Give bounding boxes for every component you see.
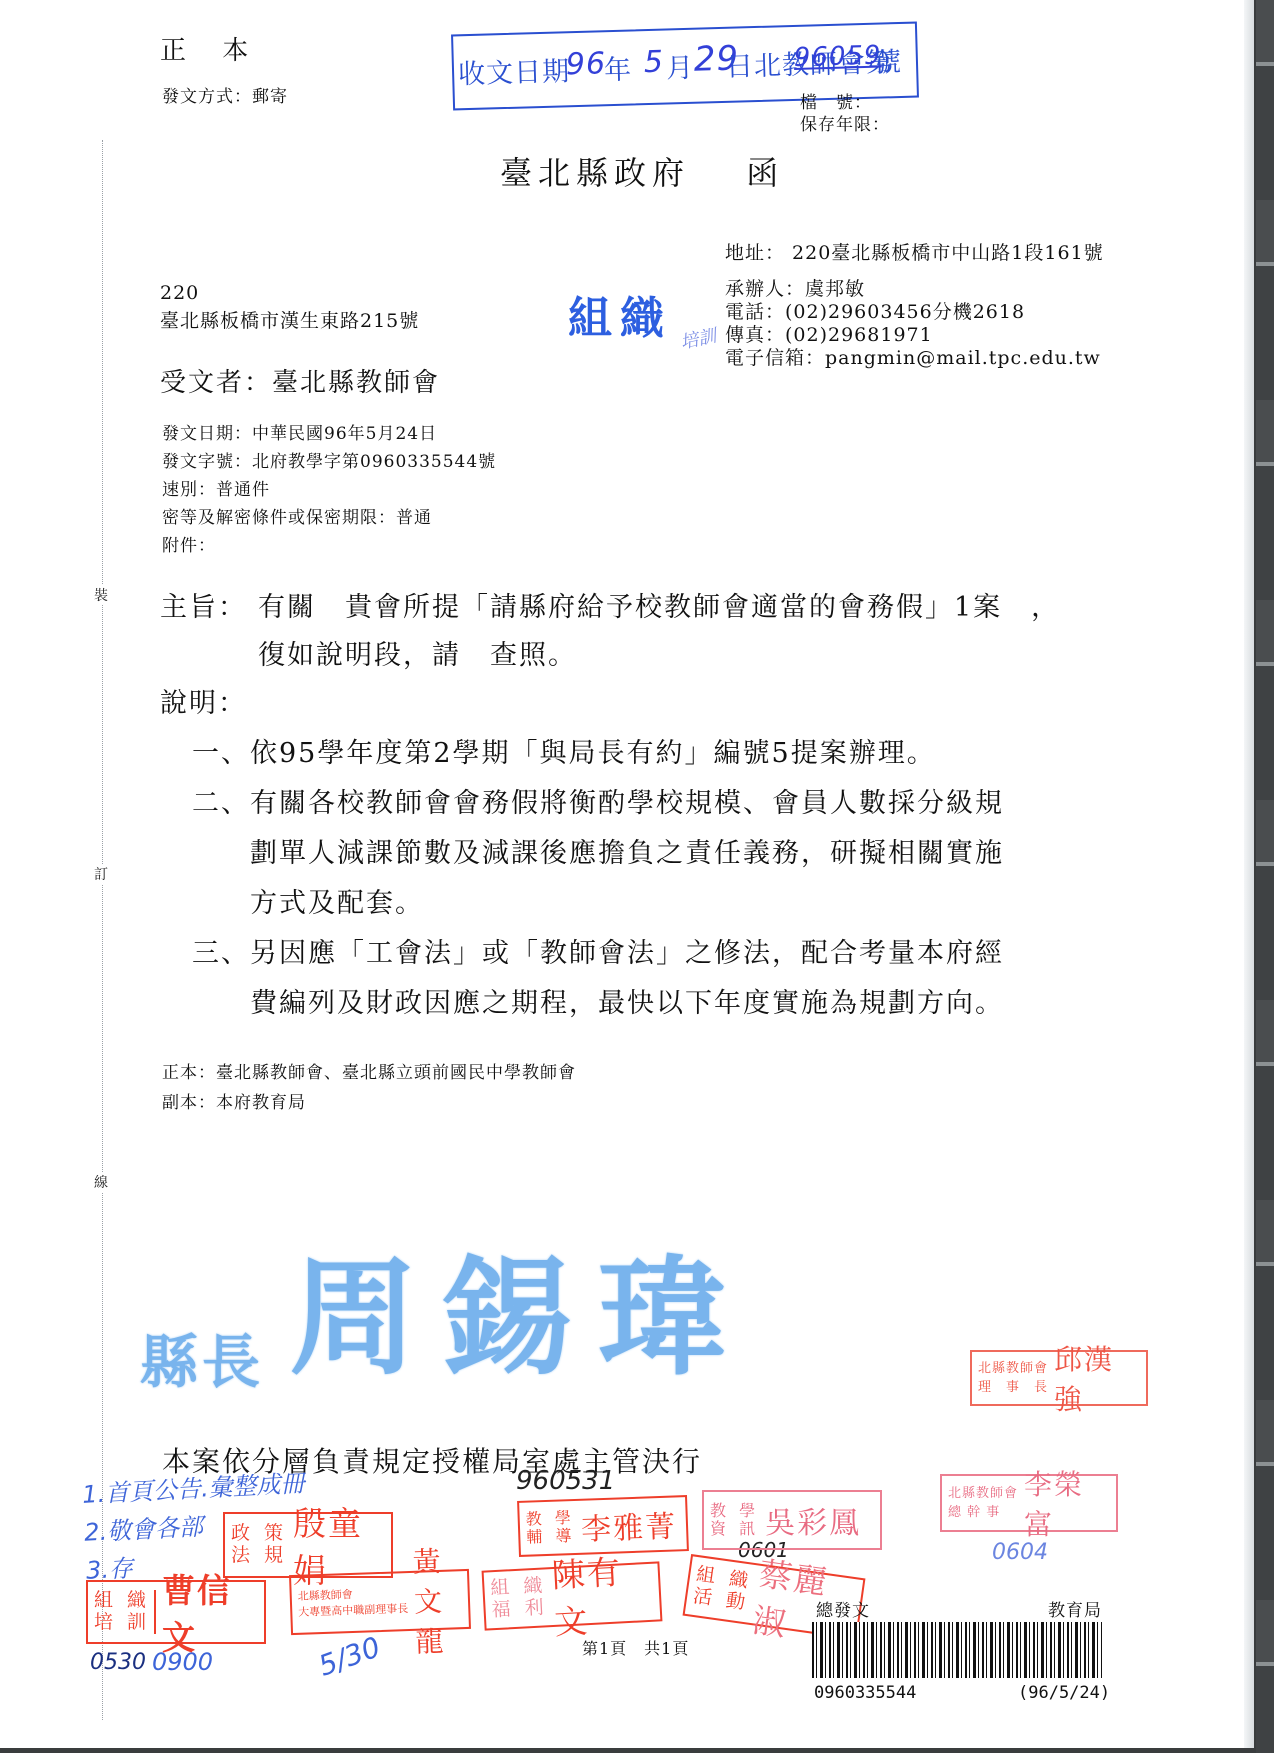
document-title: 臺北縣政府 函: [500, 148, 784, 194]
scanner-background: [1256, 0, 1274, 1753]
copy-distribution: 副本：本府教育局: [162, 1088, 306, 1113]
subject-line-1: 有關 貴會所提「請縣府給予校教師會適當的會務假」1案 ，: [258, 594, 1060, 621]
receive-month: 5: [643, 45, 664, 81]
stamp-teaching-info: 教 學 資 訊 吳彩鳳: [702, 1490, 882, 1550]
retention-period-label: 保存年限：: [800, 110, 890, 135]
explanation-item-3-num: 三、: [192, 940, 250, 967]
explanation-item-2-num: 二、: [192, 790, 250, 817]
delivery-speed: 速別：普通件: [162, 476, 496, 504]
recipient-line: 受文者：臺北縣教師會: [160, 362, 440, 399]
sender-address: 地址： 220臺北縣板橋市中山路1段161號: [725, 238, 1104, 265]
copy-type-label: 正 本: [160, 30, 262, 67]
document-meta: 發文日期：中華民國96年5月24日 發文字號：北府教學字第0960335544號…: [162, 420, 496, 560]
handwritten-date-960531: 960531: [516, 1466, 615, 1496]
security-level: 密等及解密條件或保密期限：普通: [162, 504, 496, 532]
stamp-org-training-role: 組 織 培 訓: [94, 1590, 156, 1634]
seal-title: 縣長: [140, 1328, 264, 1396]
explanation-item-2-line-2: 劃單人減課節數及減課後應擔負之責任義務，研擬相關實施: [250, 840, 1004, 867]
receive-month-suffix: 月: [665, 46, 694, 86]
stamp-higher-ed-role: 北縣教師會 大專暨高中職副理事長: [297, 1585, 408, 1622]
explanation-item-1-line-1: 依95學年度第2學期「與局長有約」編號5提案辦理。: [250, 740, 936, 767]
training-handwritten-note: 培訓: [678, 322, 719, 355]
document-barcode: [812, 1622, 1102, 1678]
stamp-higher-ed-name: 黃文龍: [412, 1539, 464, 1661]
seal-name: 周錫瑋: [290, 1243, 752, 1393]
handwritten-time-0530: 0530: [90, 1650, 146, 1675]
document-page: 正 本 發文方式：郵寄 收文日期 96 年 5 月 29 日北教師會第 9605…: [0, 0, 1252, 1748]
binding-mark-zhuang: 裝: [94, 585, 108, 605]
org-handwritten-stamp: 組織: [568, 282, 672, 346]
stamp-org-welfare-role: 組 織 福 利: [490, 1575, 548, 1622]
stamp-policy-law-role: 政 策 法 規: [231, 1523, 287, 1567]
barcode-right-label: 教育局: [1048, 1596, 1102, 1621]
original-distribution: 正本：臺北縣教師會、臺北縣立頭前國民中學教師會: [162, 1058, 576, 1083]
stamp-org-welfare: 組 織 福 利 陳有文: [482, 1561, 663, 1630]
send-method: 發文方式：郵寄: [162, 82, 288, 107]
stamp-org-training-name: 曹信文: [162, 1565, 258, 1659]
receive-number: 96059: [793, 41, 882, 73]
stamp-teaching-guidance-name: 李雅菁: [580, 1501, 677, 1548]
barcode-left-label: 總發文: [816, 1596, 870, 1621]
stamp-chairman-name: 邱漢強: [1054, 1338, 1140, 1418]
barcode-number: 0960335544: [814, 1683, 916, 1703]
page-edge-shadow: [1244, 0, 1254, 1748]
phone-number: 電話：(02)29603456分機2618: [725, 301, 1101, 324]
stamp-teaching-info-role: 教 學 資 訊: [710, 1502, 759, 1539]
receive-number-suffix: 號: [873, 40, 902, 80]
stamp-higher-ed-vice-chair: 北縣教師會 大專暨高中職副理事長 黃文龍: [289, 1569, 471, 1635]
page-indicator: 第1頁 共1頁: [582, 1636, 689, 1659]
stamp-org-welfare-name: 陳有文: [551, 1545, 656, 1644]
explanation-item-3-line-1: 另因應「工會法」或「教師會法」之修法，配合考量本府經: [250, 940, 1004, 967]
explanation-item-3-line-2: 費編列及財政因應之期程，最快以下年度實施為規劃方向。: [250, 990, 1004, 1017]
agency-name: 臺北縣政府: [500, 154, 690, 192]
handwritten-date-530: 5/30: [314, 1630, 384, 1683]
issue-date: 發文日期：中華民國96年5月24日: [162, 420, 496, 448]
recipient-address: 臺北縣板橋市漢生東路215號: [160, 306, 419, 333]
stamp-secretary-general: 北縣教師會 總 幹 事 李榮富: [940, 1474, 1118, 1532]
binding-mark-ding: 訂: [94, 864, 108, 884]
fax-number: 傳真：(02)29681971: [725, 324, 1101, 347]
magistrate-signature-seal: 縣長 周錫瑋: [140, 1215, 752, 1399]
document-number: 發文字號：北府教學字第0960335544號: [162, 448, 496, 476]
stamp-org-training: 組 織 培 訓 曹信文: [86, 1580, 266, 1644]
stamp-org-activities-role: 組 織 活 動: [692, 1564, 754, 1615]
explanation-item-2-line-3: 方式及配套。: [250, 890, 424, 917]
explanation-label: 說明：: [160, 690, 247, 717]
stamp-chairman: 北縣教師會 理 事 長 邱漢強: [970, 1350, 1148, 1406]
stamp-secretary-name: 李榮富: [1024, 1463, 1110, 1543]
stamp-chairman-role: 北縣教師會 理 事 長: [978, 1359, 1048, 1398]
handwritten-mark-0604: 0604: [992, 1540, 1048, 1565]
explanation-item-2-line-1: 有關各校教師會會務假將衡酌學校規模、會員人數採分級規: [250, 790, 1004, 817]
email-address: 電子信箱：pangmin@mail.tpc.edu.tw: [725, 347, 1101, 370]
receive-stamp-label: 收文日期: [458, 49, 571, 91]
stamp-teaching-info-name: 吳彩鳳: [765, 1498, 861, 1542]
document-type: 函: [746, 154, 784, 192]
handler-name: 承辦人：虞邦敏: [725, 278, 1101, 301]
sender-contact: 承辦人：虞邦敏 電話：(02)29603456分機2618 傳真：(02)296…: [725, 278, 1101, 370]
explanation-item-1-num: 一、: [192, 740, 250, 767]
subject-label: 主旨：: [160, 594, 247, 621]
barcode-date: (96/5/24): [1018, 1683, 1110, 1703]
recipient-postal-code: 220: [160, 282, 199, 304]
receive-year-suffix: 年: [603, 47, 632, 87]
attachments: 附件：: [162, 532, 496, 560]
subject-line-2: 復如說明段，請 查照。: [258, 642, 577, 669]
stamp-teaching-guidance-role: 教 學 輔 導: [525, 1509, 575, 1547]
receive-year: 96: [565, 46, 606, 82]
binding-mark-xian: 線: [94, 1172, 108, 1192]
stamp-secretary-role: 北縣教師會 總 幹 事: [948, 1484, 1018, 1523]
